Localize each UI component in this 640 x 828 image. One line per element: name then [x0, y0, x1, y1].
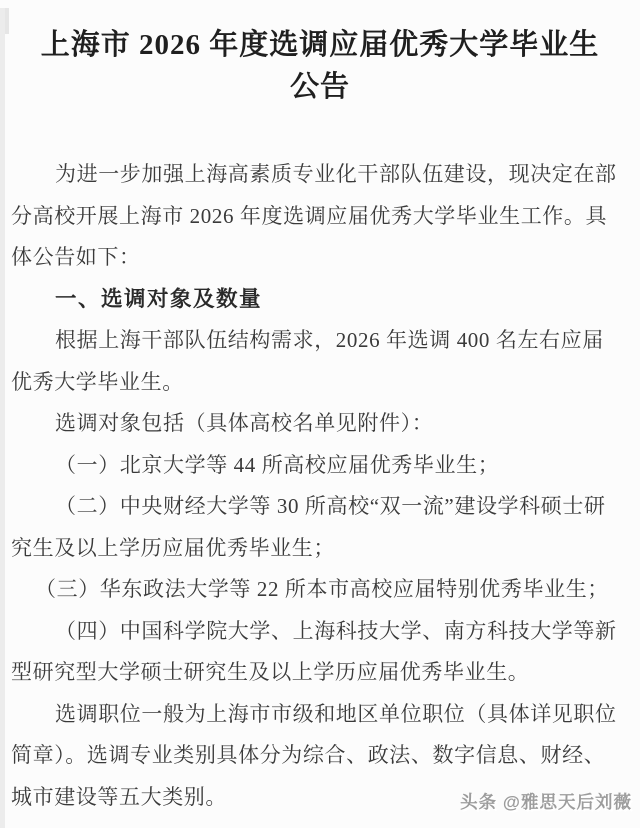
toutiao-watermark: 头条 @雅思天后刘薇 [460, 789, 632, 814]
paragraph-line: 体公告如下： [11, 237, 629, 279]
title-line-2: 公告 [0, 66, 640, 108]
title-line-1: 上海市 2026 年度选调应届优秀大学毕业生 [0, 24, 640, 66]
paragraph-line: 选调职位一般为上海市市级和地区单位职位（具体详见职位 [11, 694, 629, 736]
page-title: 上海市 2026 年度选调应届优秀大学毕业生 公告 [0, 24, 640, 108]
paragraph-line: 优秀大学毕业生。 [11, 362, 629, 404]
paragraph-line: 为进一步加强上海高素质专业化干部队伍建设，现决定在部 [11, 154, 629, 196]
paragraph-line: 分高校开展上海市 2026 年度选调应届优秀大学毕业生工作。具 [11, 196, 629, 238]
list-item: （四）中国科学院大学、上海科技大学、南方科技大学等新 [11, 611, 629, 653]
paragraph-line: 简章）。选调专业类别具体分为综合、政法、数字信息、财经、 [11, 735, 629, 777]
list-item: （二）中央财经大学等 30 所高校“双一流”建设学科硕士研 [11, 486, 629, 528]
section-heading: 一、选调对象及数量 [11, 279, 629, 321]
document-body: 为进一步加强上海高素质专业化干部队伍建设，现决定在部 分高校开展上海市 2026… [0, 154, 640, 818]
list-item: （一）北京大学等 44 所高校应届优秀毕业生； [11, 445, 629, 487]
list-item-continuation: 究生及以上学历应届优秀毕业生； [11, 528, 629, 570]
scan-edge-strip [0, 8, 5, 828]
document-page: 上海市 2026 年度选调应届优秀大学毕业生 公告 为进一步加强上海高素质专业化… [0, 24, 640, 818]
list-item-continuation: 型研究型大学硕士研究生及以上学历应届优秀毕业生。 [11, 652, 629, 694]
list-item: （三）华东政法大学等 22 所本市高校应届特别优秀毕业生； [11, 569, 629, 611]
watermark-label: 头条 @雅思天后刘薇 [460, 792, 632, 812]
paragraph-line: 选调对象包括（具体高校名单见附件）： [11, 403, 629, 445]
paragraph-line: 根据上海干部队伍结构需求，2026 年选调 400 名左右应届 [11, 320, 629, 362]
